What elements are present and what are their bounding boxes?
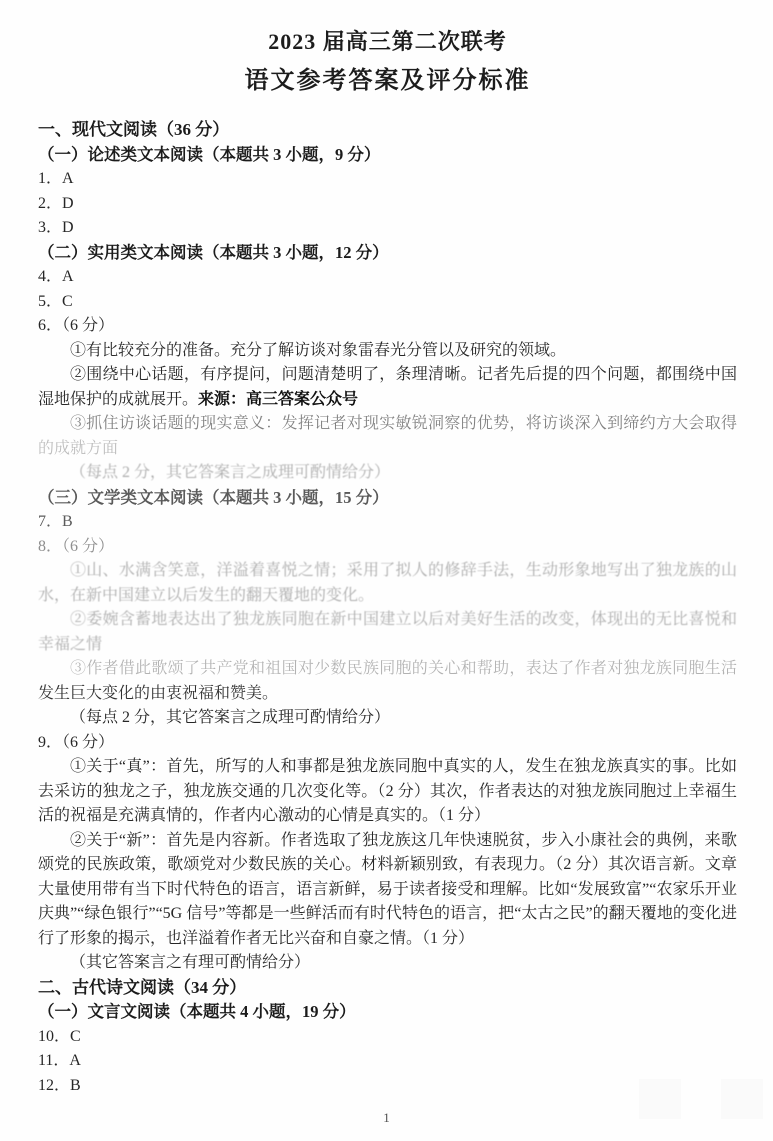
source-watermark: 来源：高三答案公众号 xyxy=(198,391,358,408)
answer-paragraph: ③抓住访谈话题的现实意义：发挥记者对现实敏锐洞察的优势，将访谈深入到缔约方大会取… xyxy=(38,412,737,461)
answer-line: 2．D xyxy=(38,192,737,217)
scanned-answer-sheet-page: 2023 届高三第二次联考 语文参考答案及评分标准 一、现代文阅读（36 分）（… xyxy=(0,0,773,1141)
answer-line: 5．C xyxy=(38,290,737,315)
exam-subtitle: 语文参考答案及评分标准 xyxy=(38,66,737,96)
scoring-note: （每点 2 分，其它答案言之成理可酌情给分） xyxy=(38,461,737,486)
exam-title: 2023 届高三第二次联考 xyxy=(38,28,737,56)
answer-line: 10．C xyxy=(38,1025,737,1050)
answer-paragraph: ①有比较充分的准备。充分了解访谈对象雷春光分管以及研究的领域。 xyxy=(38,339,737,364)
document-content: 2023 届高三第二次联考 语文参考答案及评分标准 一、现代文阅读（36 分）（… xyxy=(0,0,773,1098)
scoring-note: （每点 2 分，其它答案言之成理可酌情给分） xyxy=(38,706,737,731)
subsection-heading: （一）论述类文本阅读（本题共 3 小题，9 分） xyxy=(38,143,737,168)
paragraph-text: ②围绕中心话题，有序提问，问题清楚明了，条理清晰。记者先后提的四个问题，都围绕中… xyxy=(38,366,737,408)
answer-line: 12．B xyxy=(38,1074,737,1099)
answer-line: 3．D xyxy=(38,216,737,241)
answer-paragraph: ②委婉含蓄地表达出了独龙族同胞在新中国建立以后对美好生活的改变，体现出的无比喜悦… xyxy=(38,608,737,657)
document-body: 一、现代文阅读（36 分）（一）论述类文本阅读（本题共 3 小题，9 分）1．A… xyxy=(38,118,737,1098)
answer-paragraph: ③作者借此歌颂了共产党和祖国对少数民族同胞的关心和帮助，表达了作者对独龙族同胞生… xyxy=(38,657,737,706)
subsection-heading: （一）文言文阅读（本题共 4 小题，19 分） xyxy=(38,1000,737,1025)
page-number: 1 xyxy=(0,1110,773,1126)
answer-paragraph: ①关于“真”：首先，所写的人和事都是独龙族同胞中真实的人，发生在独龙族真实的事。… xyxy=(38,755,737,829)
section-heading: 二、古代诗文阅读（34 分） xyxy=(38,976,737,1001)
answer-line: 11．A xyxy=(38,1049,737,1074)
answer-line: 4．A xyxy=(38,265,737,290)
answer-line: 9．（6 分） xyxy=(38,731,737,756)
answer-paragraph: ②关于“新”：首先是内容新。作者选取了独龙族这几年快速脱贫，步入小康社会的典例，… xyxy=(38,829,737,952)
subsection-heading: （二）实用类文本阅读（本题共 3 小题，12 分） xyxy=(38,241,737,266)
answer-paragraph: ②围绕中心话题，有序提问，问题清楚明了，条理清晰。记者先后提的四个问题，都围绕中… xyxy=(38,363,737,412)
answer-line: 7．B xyxy=(38,510,737,535)
answer-line: 1．A xyxy=(38,167,737,192)
section-heading: 一、现代文阅读（36 分） xyxy=(38,118,737,143)
answer-line: 8．（6 分） xyxy=(38,535,737,560)
answer-line: 6．（6 分） xyxy=(38,314,737,339)
answer-paragraph: ①山、水满含笑意，洋溢着喜悦之情；采用了拟人的修辞手法，生动形象地写出了独龙族的… xyxy=(38,559,737,608)
subsection-heading: （三）文学类文本阅读（本题共 3 小题，15 分） xyxy=(38,486,737,511)
scoring-note: （其它答案言之有理可酌情给分） xyxy=(38,951,737,976)
